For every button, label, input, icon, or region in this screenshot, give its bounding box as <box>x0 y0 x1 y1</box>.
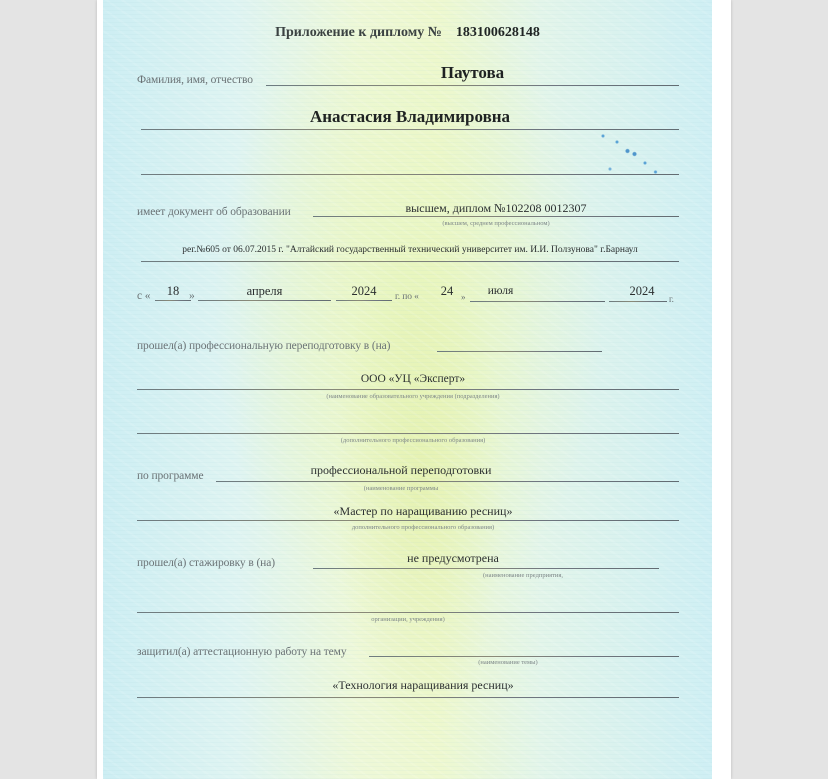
internship-underline <box>313 568 659 569</box>
fio-underline <box>266 85 679 86</box>
thesis-underline <box>369 656 679 657</box>
period-to-prefix: г. по « <box>395 292 419 302</box>
from-day: 18 <box>155 284 191 299</box>
internship-underline-2 <box>137 612 679 613</box>
program-value: профессиональной переподготовки <box>216 463 586 478</box>
program-label: по программе <box>137 470 203 482</box>
title-prefix: Приложение к диплому № <box>275 25 442 40</box>
diploma-supplement-paper: Приложение к диплому №183100628148 Фамил… <box>103 0 712 779</box>
institution-underline-2 <box>137 433 679 434</box>
from-month: апреля <box>198 284 331 299</box>
institution-caption-2: (дополнительного профессионального образ… <box>263 437 563 444</box>
thesis-caption: (наименование темы) <box>433 659 583 666</box>
program-caption: (наименование программы <box>216 485 586 492</box>
internship-caption-2: организации, учреждения) <box>283 616 533 623</box>
program-name: «Мастер по наращиванию ресниц» <box>233 504 613 519</box>
from-quote-close: » <box>189 290 195 302</box>
institution-caption: (наименование образовательного учреждени… <box>263 393 563 400</box>
internship-value: не предусмотрена <box>313 551 593 566</box>
period-from-prefix: с « <box>137 290 150 302</box>
diploma-number: 183100628148 <box>456 25 540 40</box>
registration-underline <box>141 261 679 262</box>
to-year-underline <box>609 301 667 302</box>
education-value: высшем, диплом №102208 0012307 <box>313 201 679 216</box>
education-label: имеет документ об образовании <box>137 206 291 218</box>
thesis-label: защитил(а) аттестационную работу на тему <box>137 646 347 658</box>
thesis-value: «Технология наращивания ресниц» <box>233 678 613 693</box>
from-year-underline <box>336 300 392 301</box>
fio-label: Фамилия, имя, отчество <box>137 74 253 86</box>
retraining-underline <box>437 351 602 352</box>
to-month-underline <box>470 301 605 302</box>
from-day-underline <box>155 300 191 301</box>
stamp-remnant <box>596 124 666 184</box>
internship-caption: (наименование предприятия, <box>383 572 663 579</box>
thesis-value-underline <box>137 697 679 698</box>
surname: Паутова <box>266 63 679 83</box>
from-year: 2024 <box>336 284 392 299</box>
retraining-label: прошел(а) профессиональную переподготовк… <box>137 340 390 352</box>
to-month: июля <box>443 285 558 297</box>
education-caption: (высшем, среднем профессиональном) <box>313 220 679 227</box>
document-title: Приложение к диплому №183100628148 <box>103 25 712 41</box>
registration-line: рег.№605 от 06.07.2015 г. "Алтайский гос… <box>137 245 683 255</box>
internship-label: прошел(а) стажировку в (на) <box>137 557 275 569</box>
program-name-caption: дополнительного профессионального образо… <box>233 524 613 531</box>
institution-value: ООО «УЦ «Эксперт» <box>263 373 563 385</box>
program-underline <box>216 481 679 482</box>
from-month-underline <box>198 300 331 301</box>
to-year: 2024 <box>609 284 675 299</box>
program-name-underline <box>137 520 679 521</box>
institution-underline <box>137 389 679 390</box>
year-suffix: г. <box>669 294 674 304</box>
education-underline <box>313 216 679 217</box>
